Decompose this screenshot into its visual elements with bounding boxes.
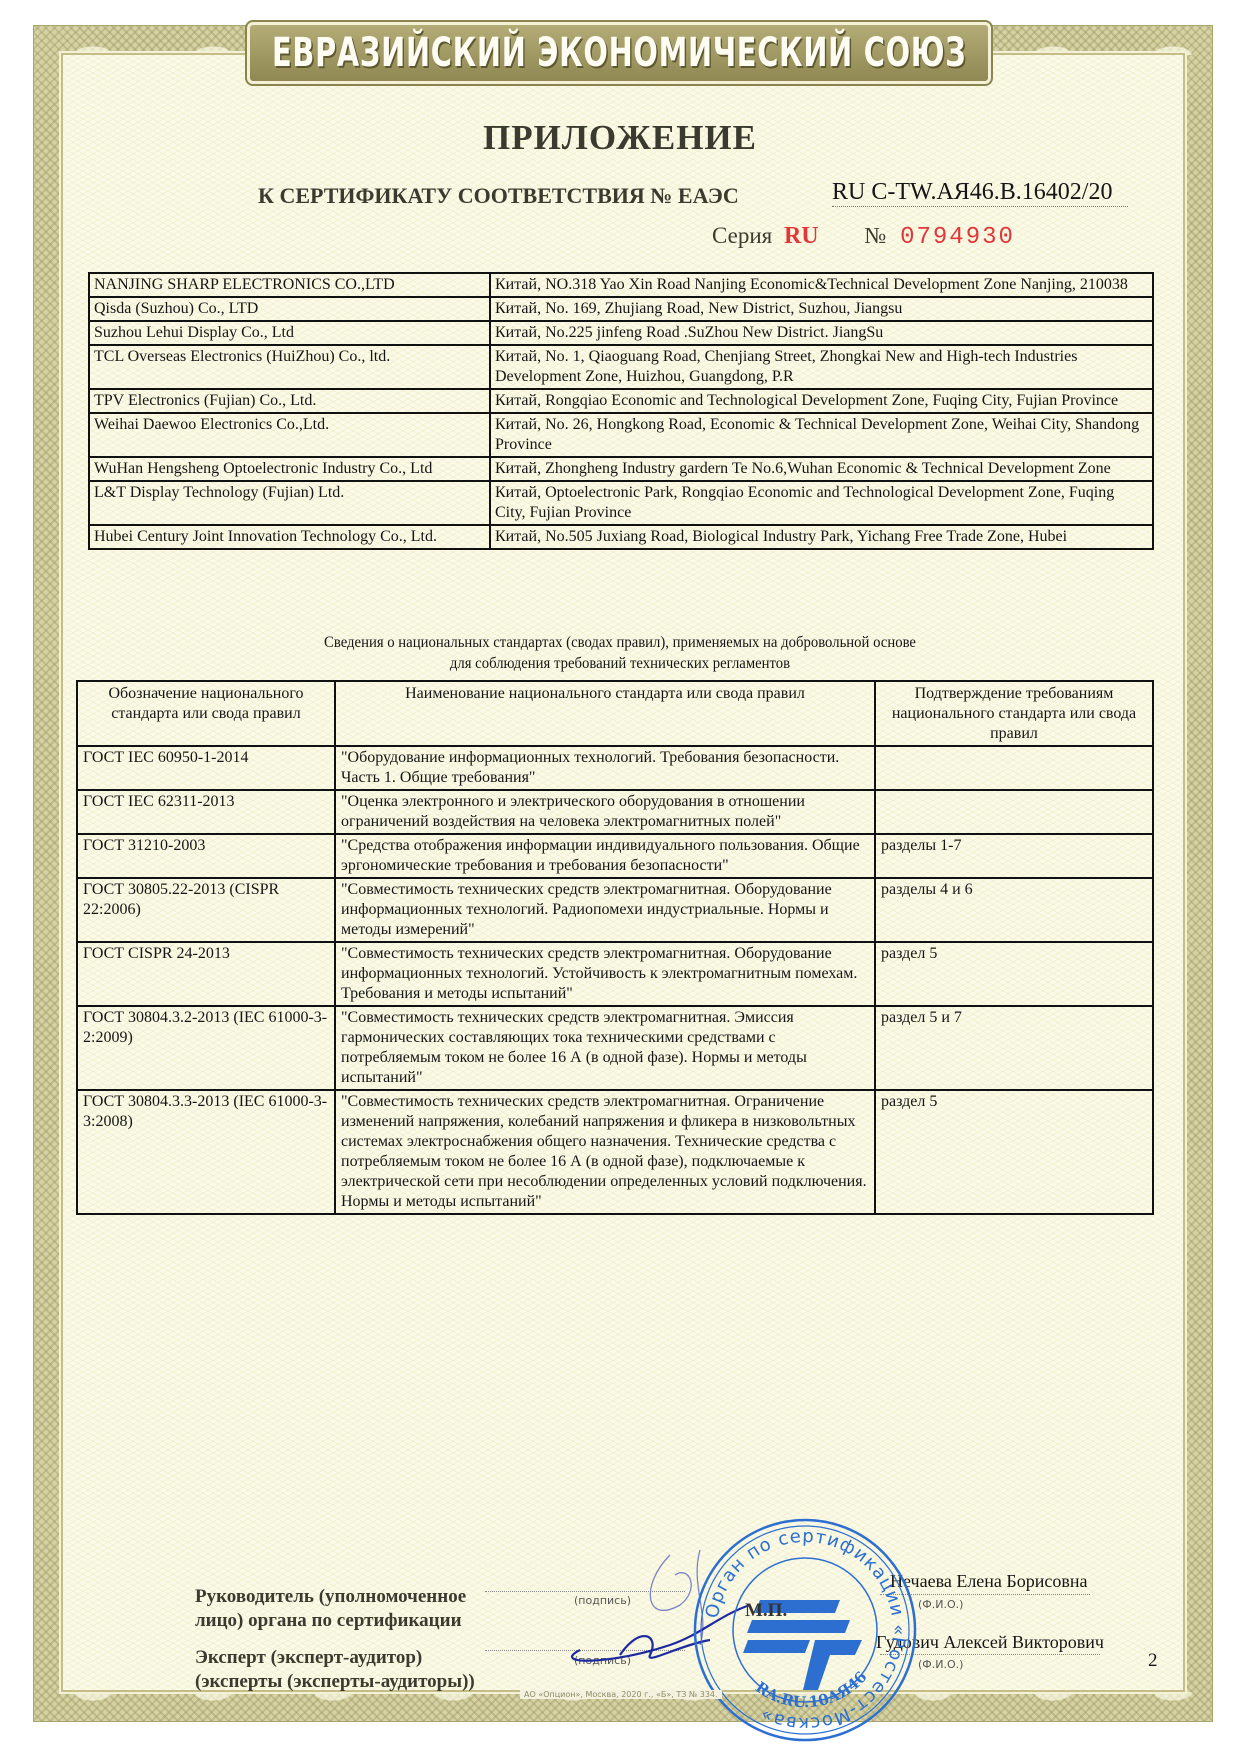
standards-header-row: Обозначение национального стандарта или … [77, 681, 1153, 746]
page-number: 2 [1148, 1650, 1158, 1672]
expert-name-hint: (Ф.И.О.) [918, 1658, 963, 1671]
standards-caption-line1: Сведения о национальных стандартах (свод… [50, 632, 1191, 653]
standard-row: ГОСТ 31210-2003"Средства отображения инф… [77, 834, 1153, 878]
standard-code: ГОСТ 30805.22-2013 (CISPR 22:2006) [77, 878, 335, 942]
manufacturers-table: NANJING SHARP ELECTRONICS CO.,LTDКитай, … [88, 272, 1154, 550]
standard-confirmation: разделы 1-7 [875, 834, 1153, 878]
certificate-number: RU С-TW.АЯ46.В.16402/20 [832, 179, 1128, 207]
manufacturer-address: Китай, Optoelectronic Park, Rongqiao Eco… [490, 481, 1153, 525]
standard-confirmation: разделы 4 и 6 [875, 878, 1153, 942]
head-label-line1: Руководитель (уполномоченное [195, 1585, 466, 1609]
number-label: № [864, 223, 886, 248]
manufacturer-address: Китай, No.505 Juxiang Road, Biological I… [490, 525, 1153, 549]
standard-confirmation: раздел 5 [875, 1090, 1153, 1214]
manufacturer-name: WuHan Hengsheng Optoelectronic Industry … [89, 457, 490, 481]
head-label-line2: лицо) органа по сертификации [195, 1609, 466, 1633]
manufacturer-row: Hubei Century Joint Innovation Technolog… [89, 525, 1153, 549]
manufacturer-name: NANJING SHARP ELECTRONICS CO.,LTD [89, 273, 490, 297]
standard-row: ГОСТ 30805.22-2013 (CISPR 22:2006)"Совме… [77, 878, 1153, 942]
series-value: RU [784, 223, 819, 249]
manufacturer-address: Китай, Rongqiao Economic and Technologic… [490, 389, 1153, 413]
manufacturer-row: NANJING SHARP ELECTRONICS CO.,LTDКитай, … [89, 273, 1153, 297]
head-name-hint: (Ф.И.О.) [918, 1598, 963, 1611]
manufacturer-address: Китай, No. 1, Qiaoguang Road, Chenjiang … [490, 345, 1153, 389]
standard-confirmation: раздел 5 и 7 [875, 1006, 1153, 1090]
manufacturer-name: Hubei Century Joint Innovation Technolog… [89, 525, 490, 549]
series-line: Серия RU № 0794930 [712, 223, 1015, 251]
header-name: Наименование национального стандарта или… [335, 681, 875, 746]
manufacturer-address: Китай, No. 26, Hongkong Road, Economic &… [490, 413, 1153, 457]
manufacturer-address: Китай, NO.318 Yao Xin Road Nanjing Econo… [490, 273, 1153, 297]
blank-number: 0794930 [900, 224, 1015, 251]
standard-code: ГОСТ IEC 60950-1-2014 [77, 746, 335, 790]
manufacturer-name: Qisda (Suzhou) Co., LTD [89, 297, 490, 321]
manufacturer-name: Weihai Daewoo Electronics Co.,Ltd. [89, 413, 490, 457]
standard-title: "Средства отображения информации индивид… [335, 834, 875, 878]
series-label: Серия [712, 223, 772, 248]
standard-title: "Совместимость технических средств элект… [335, 878, 875, 942]
standards-caption: Сведения о национальных стандартах (свод… [50, 632, 1191, 674]
standard-code: ГОСТ 30804.3.3-2013 (IEC 61000-3-3:2008) [77, 1090, 335, 1214]
standard-row: ГОСТ 30804.3.3-2013 (IEC 61000-3-3:2008)… [77, 1090, 1153, 1214]
header-confirmation: Подтверждение требованиям национального … [875, 681, 1153, 746]
manufacturer-name: TPV Electronics (Fujian) Co., Ltd. [89, 389, 490, 413]
manufacturer-row: L&T Display Technology (Fujian) Ltd.Кита… [89, 481, 1153, 525]
standard-code: ГОСТ IEC 62311-2013 [77, 790, 335, 834]
manufacturer-row: Weihai Daewoo Electronics Co.,Ltd.Китай,… [89, 413, 1153, 457]
manufacturer-name: L&T Display Technology (Fujian) Ltd. [89, 481, 490, 525]
union-banner: ЕВРАЗИЙСКИЙ ЭКОНОМИЧЕСКИЙ СОЮЗ [247, 22, 991, 84]
manufacturer-address: Китай, Zhongheng Industry gardern Te No.… [490, 457, 1153, 481]
standard-row: ГОСТ IEC 62311-2013"Оценка электронного … [77, 790, 1153, 834]
header-code: Обозначение национального стандарта или … [77, 681, 335, 746]
standard-row: ГОСТ IEC 60950-1-2014"Оборудование инфор… [77, 746, 1153, 790]
standard-code: ГОСТ 31210-2003 [77, 834, 335, 878]
expert-label-line1: Эксперт (эксперт-аудитор) [195, 1646, 475, 1670]
standard-row: ГОСТ CISPR 24-2013"Совместимость техниче… [77, 942, 1153, 1006]
standard-code: ГОСТ 30804.3.2-2013 (IEC 61000-3-2:2009) [77, 1006, 335, 1090]
manufacturer-name: Suzhou Lehui Display Co., Ltd [89, 321, 490, 345]
head-label: Руководитель (уполномоченное лицо) орган… [195, 1585, 466, 1633]
manufacturer-row: TPV Electronics (Fujian) Co., Ltd.Китай,… [89, 389, 1153, 413]
manufacturer-address: Китай, No.225 jinfeng Road .SuZhou New D… [490, 321, 1153, 345]
standard-confirmation [875, 746, 1153, 790]
expert-label-line2: (эксперты (эксперты-аудиторы)) [195, 1670, 475, 1694]
standard-title: "Оценка электронного и электрического об… [335, 790, 875, 834]
standard-title: "Совместимость технических средств элект… [335, 1090, 875, 1214]
standards-caption-line2: для соблюдения требований технических ре… [50, 653, 1191, 674]
standard-confirmation: раздел 5 [875, 942, 1153, 1006]
printer-imprint: АО «Опцион», Москва, 2020 г., «Б», ТЗ № … [520, 1690, 722, 1699]
seal-label: М.П. [745, 1600, 787, 1622]
standard-code: ГОСТ CISPR 24-2013 [77, 942, 335, 1006]
standard-confirmation [875, 790, 1153, 834]
banner-text: ЕВРАЗИЙСКИЙ ЭКОНОМИЧЕСКИЙ СОЮЗ [272, 30, 966, 76]
standard-title: "Совместимость технических средств элект… [335, 1006, 875, 1090]
certification-stamp: Орган по сертификации «Ростест-Москва» R… [690, 1515, 920, 1745]
standard-title: "Совместимость технических средств элект… [335, 942, 875, 1006]
manufacturer-row: Qisda (Suzhou) Co., LTDКитай, No. 169, Z… [89, 297, 1153, 321]
standard-row: ГОСТ 30804.3.2-2013 (IEC 61000-3-2:2009)… [77, 1006, 1153, 1090]
certificate-prefix: К СЕРТИФИКАТУ СООТВЕТСТВИЯ № ЕАЭС [258, 183, 739, 209]
standard-title: "Оборудование информационных технологий.… [335, 746, 875, 790]
manufacturer-row: TCL Overseas Electronics (HuiZhou) Co., … [89, 345, 1153, 389]
page-title: ПРИЛОЖЕНИЕ [0, 118, 1240, 158]
manufacturer-name: TCL Overseas Electronics (HuiZhou) Co., … [89, 345, 490, 389]
expert-label: Эксперт (эксперт-аудитор) (эксперты (экс… [195, 1646, 475, 1694]
manufacturer-address: Китай, No. 169, Zhujiang Road, New Distr… [490, 297, 1153, 321]
standards-table: Обозначение национального стандарта или … [76, 680, 1154, 1215]
manufacturer-row: Suzhou Lehui Display Co., LtdКитай, No.2… [89, 321, 1153, 345]
manufacturer-row: WuHan Hengsheng Optoelectronic Industry … [89, 457, 1153, 481]
